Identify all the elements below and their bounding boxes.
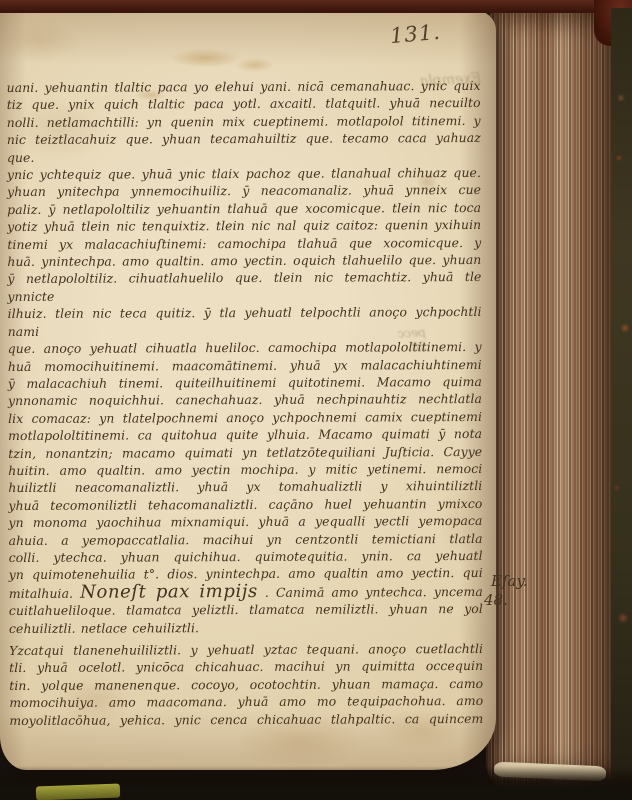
line-text: huā. ynintechpa. amo qualtin. amo yectin… — [7, 252, 481, 269]
latin-quote-large: Noneſt pax impijs — [80, 581, 258, 603]
manuscript-line: tli. yhuā ocelotl. ynicōca chicahuac. ma… — [9, 657, 483, 676]
line-text: motlapololtitinemi. ca quitohua quite yl… — [8, 426, 482, 443]
line-text: colli. ytechca. yhuan quichihua. quimote… — [9, 548, 483, 565]
line-text: yhuan ynitechpa ynnemocihuiliz. ȳ neacom… — [7, 182, 481, 199]
manuscript-line: que. anoço yehuatl cihuatla hueliloc. ca… — [8, 338, 482, 357]
manuscript-line: ȳ netlapololtiliz. cihuatlahuelilo que. … — [7, 268, 481, 305]
line-text: moyolitlacōhua, yehica. ynic cenca chica… — [9, 711, 483, 728]
book-cover-top-edge — [0, 0, 632, 13]
line-text: cuitlahueliloque. tlamatca yeliztli. tla… — [9, 601, 483, 618]
line-text: tinemi yx malacachiuſtinemi: camochipa t… — [7, 235, 481, 252]
manuscript-line: moyolitlacōhua, yehica. ynic cenca chica… — [9, 710, 483, 729]
manuscript-line: lix comacaz: yn tlatelpochnemi anoço ych… — [8, 408, 482, 427]
line-text: yn monoma yaochihua mixnamiqui. yhuā a y… — [8, 513, 482, 530]
manuscript-line: ahuia. a yemopaccatlalia. macihui yn cen… — [9, 530, 483, 549]
margin-citation-chapter: 48. — [484, 591, 528, 610]
manuscript-line: momocihuiya. amo maacomana. yhuā amo mo … — [9, 692, 483, 711]
line-text: cehuiliztli. netlace cehuiliztli. — [9, 620, 199, 636]
ribbon-marker — [36, 784, 120, 800]
manuscript-line: nic teiztlacahuiz que. yhuan tecamahuilt… — [7, 129, 481, 166]
line-text: huā momocihuitinemi. maacomātinemi. yhuā… — [8, 356, 482, 373]
line-text: nolli. netlamachtilli: yn quenin mix cue… — [7, 113, 481, 130]
manuscript-line: paliz. ȳ netlapololtiliz yehuantin tlahu… — [7, 199, 481, 218]
line-text: momocihuiya. amo maacomana. yhuā amo mo … — [9, 693, 483, 710]
paragraph: uani. yehuantin tlaltic paca yo elehui y… — [7, 77, 483, 637]
line-text: yhuā tecomoniliztli tehacomanaliztli. ca… — [8, 496, 482, 513]
line-text: ynic ychtequiz que. yhuā ynic tlaix pach… — [7, 165, 481, 182]
manuscript-line: huā momocihuitinemi. maacomātinemi. yhuā… — [8, 355, 482, 374]
line-text: mitalhuia. — [9, 586, 80, 601]
line-text: yotiz yhuā tlein nic tenquixtiz. tlein n… — [7, 217, 481, 234]
line-text: que. anoço yehuatl cihuatla hueliloc. ca… — [8, 339, 482, 356]
manuscript-line: huā. ynintechpa. amo qualtin. amo yectin… — [7, 251, 481, 270]
manuscript-line: tin. yolque manenenque. cocoyo, ocotocht… — [9, 675, 483, 694]
line-text: ahuia. a yemopaccatlalia. macihui yn cen… — [9, 531, 483, 548]
manuscript-line: ilhuiz. tlein nic teca quitiz. ȳ tla yeh… — [8, 303, 482, 340]
line-text: uani. yehuantin tlaltic paca yo elehui y… — [7, 78, 481, 95]
line-text: ynnonamic noquichhui. canechahuaz. yhuā … — [8, 391, 482, 408]
line-text: ȳ netlapololtiliz. cihuatlahuelilo que. … — [7, 269, 481, 303]
manuscript-line: ynnonamic noquichhui. canechahuaz. yhuā … — [8, 390, 482, 409]
manuscript-line: yotiz yhuā tlein nic tenquixtiz. tlein n… — [7, 216, 481, 235]
manuscript-line: tiz que. ynix quich tlaltic paca yotl. a… — [7, 94, 481, 113]
line-text: tiz que. ynix quich tlaltic paca yotl. a… — [7, 95, 481, 112]
line-text: huitin. amo qualtin. amo yectin mochipa.… — [8, 461, 482, 478]
manuscript-line: mitalhuia. Noneſt pax impijs . Canimā am… — [9, 582, 483, 602]
line-text: . Canimā amo yntechca. yncema — [258, 584, 483, 600]
margin-citation-book: Eſay. — [484, 572, 528, 591]
paragraph: Yzcatqui tlanenehuililiztli. y yehuatl y… — [9, 640, 483, 729]
manuscript-line: ȳ malacachiuh tinemi. quiteilhuitinemi q… — [8, 373, 482, 392]
manuscript-line: yhuan ynitechpa ynnemocihuiliz. ȳ neacom… — [7, 181, 481, 200]
manuscript-line: colli. ytechca. yhuan quichihua. quimote… — [9, 547, 483, 566]
manuscript-line: tzin, nonantzin; macamo quimati yn tetla… — [8, 442, 482, 461]
manuscript-line: tinemi yx malacachiuſtinemi: camochipa t… — [7, 234, 481, 253]
manuscript-text: uani. yehuantin tlaltic paca yo elehui y… — [7, 77, 484, 729]
line-text: tzin, nonantzin; macamo quimati yn tetla… — [8, 443, 482, 460]
marbled-endpaper-edge — [611, 8, 632, 800]
manuscript-line: huiliztli neacomanaliztli. yhuā yx tomah… — [8, 477, 482, 496]
page-number: 131. — [389, 20, 442, 48]
manuscript-line: motlapololtitinemi. ca quitohua quite yl… — [8, 425, 482, 444]
manuscript-line: uani. yehuantin tlaltic paca yo elehui y… — [7, 77, 481, 96]
manuscript-page: 131. Exempla pecc 28. uani. yehuantin tl… — [0, 10, 496, 770]
manuscript-line: cuitlahueliloque. tlamatca yeliztli. tla… — [9, 600, 483, 619]
manuscript-line: Yzcatqui tlanenehuililiztli. y yehuatl y… — [9, 640, 483, 659]
line-text: huiliztli neacomanaliztli. yhuā yx tomah… — [8, 478, 482, 495]
line-text: Yzcatqui tlanenehuililiztli. y yehuatl y… — [9, 641, 483, 658]
line-text: lix comacaz: yn tlatelpochnemi anoço ych… — [8, 409, 482, 426]
book-fore-edge-pages — [486, 12, 614, 792]
manuscript-line: yn monoma yaochihua mixnamiqui. yhuā a y… — [8, 512, 482, 531]
line-text: paliz. ȳ netlapololtiliz yehuantin tlahu… — [7, 200, 481, 217]
line-text: ȳ malacachiuh tinemi. quiteilhuitinemi q… — [8, 374, 482, 391]
manuscript-line: cehuiliztli. netlace cehuiliztli. — [9, 618, 483, 637]
manuscript-line: huitin. amo qualtin. amo yectin mochipa.… — [8, 460, 482, 479]
manuscript-line: ynic ychtequiz que. yhuā ynic tlaix pach… — [7, 164, 481, 183]
line-text: nic teiztlacahuiz que. yhuan tecamahuilt… — [7, 130, 481, 164]
line-text: tin. yolque manenenque. cocoyo, ocotocht… — [9, 676, 483, 693]
manuscript-line: nolli. netlamachtilli: yn quenin mix cue… — [7, 112, 481, 131]
manuscript-line: yhuā tecomoniliztli tehacomanaliztli. ca… — [8, 495, 482, 514]
manuscript-photo: 131. Exempla pecc 28. uani. yehuantin tl… — [0, 0, 632, 800]
margin-citation-esay-48: Eſay. 48. — [484, 572, 528, 610]
line-text: tli. yhuā ocelotl. ynicōca chicahuac. ma… — [9, 658, 483, 675]
line-text: ilhuiz. tlein nic teca quitiz. ȳ tla yeh… — [8, 304, 482, 338]
